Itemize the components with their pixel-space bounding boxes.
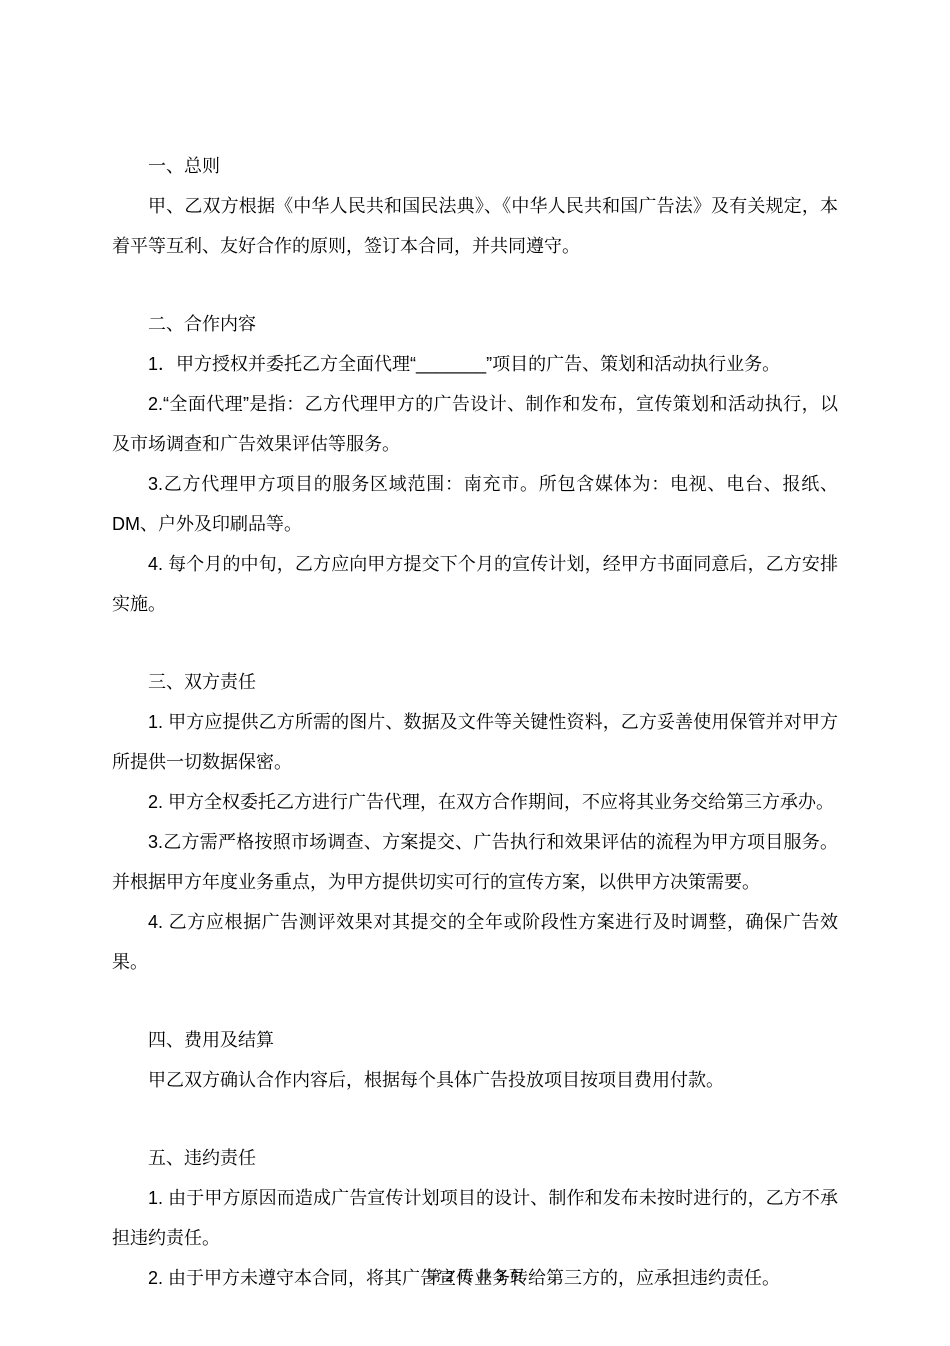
contract-document-page: 一、总则 甲、乙双方根据《中华人民共和国民法典》、《中华人民共和国广告法》及有关… <box>0 0 950 1346</box>
section-responsibilities: 三、双方责任 1. 甲方应提供乙方所需的图片、数据及文件等关键性资料，乙方妥善使… <box>112 662 838 982</box>
paragraph: 3.乙方代理甲方项目的服务区域范围：南充市。所包含媒体为：电视、电台、报纸、DM… <box>112 464 838 544</box>
section-heading-cooperation-content: 二、合作内容 <box>112 304 838 344</box>
section-fees-settlement: 四、费用及结算 甲乙双方确认合作内容后，根据每个具体广告投放项目按项目费用付款。 <box>112 1020 838 1100</box>
paragraph: 甲乙双方确认合作内容后，根据每个具体广告投放项目按项目费用付款。 <box>112 1060 838 1100</box>
section-general-provisions: 一、总则 甲、乙双方根据《中华人民共和国民法典》、《中华人民共和国广告法》及有关… <box>112 146 838 266</box>
paragraph: 甲、乙双方根据《中华人民共和国民法典》、《中华人民共和国广告法》及有关规定，本着… <box>112 186 838 266</box>
contract-body: 一、总则 甲、乙双方根据《中华人民共和国民法典》、《中华人民共和国广告法》及有关… <box>112 146 838 1298</box>
paragraph: 3.乙方需严格按照市场调查、方案提交、广告执行和效果评估的流程为甲方项目服务。并… <box>112 822 838 902</box>
section-heading-fees-settlement: 四、费用及结算 <box>112 1020 838 1060</box>
section-cooperation-content: 二、合作内容 1．甲方授权并委托乙方全面代理“_______”项目的广告、策划和… <box>112 304 838 624</box>
paragraph: 2.“全面代理”是指：乙方代理甲方的广告设计、制作和发布，宣传策划和活动执行，以… <box>112 384 838 464</box>
section-heading-breach-liability: 五、违约责任 <box>112 1138 838 1178</box>
page-number-footer: 第 2 页 共 3 页 <box>0 1266 950 1288</box>
paragraph: 4. 每个月的中旬，乙方应向甲方提交下个月的宣传计划，经甲方书面同意后，乙方安排… <box>112 544 838 624</box>
paragraph: 1．甲方授权并委托乙方全面代理“_______”项目的广告、策划和活动执行业务。 <box>112 344 838 384</box>
paragraph: 2. 甲方全权委托乙方进行广告代理，在双方合作期间，不应将其业务交给第三方承办。 <box>112 782 838 822</box>
paragraph: 4. 乙方应根据广告测评效果对其提交的全年或阶段性方案进行及时调整，确保广告效果… <box>112 902 838 982</box>
paragraph: 1. 甲方应提供乙方所需的图片、数据及文件等关键性资料，乙方妥善使用保管并对甲方… <box>112 702 838 782</box>
section-heading-responsibilities: 三、双方责任 <box>112 662 838 702</box>
paragraph: 1. 由于甲方原因而造成广告宣传计划项目的设计、制作和发布未按时进行的，乙方不承… <box>112 1178 838 1258</box>
section-heading-general-provisions: 一、总则 <box>112 146 838 186</box>
